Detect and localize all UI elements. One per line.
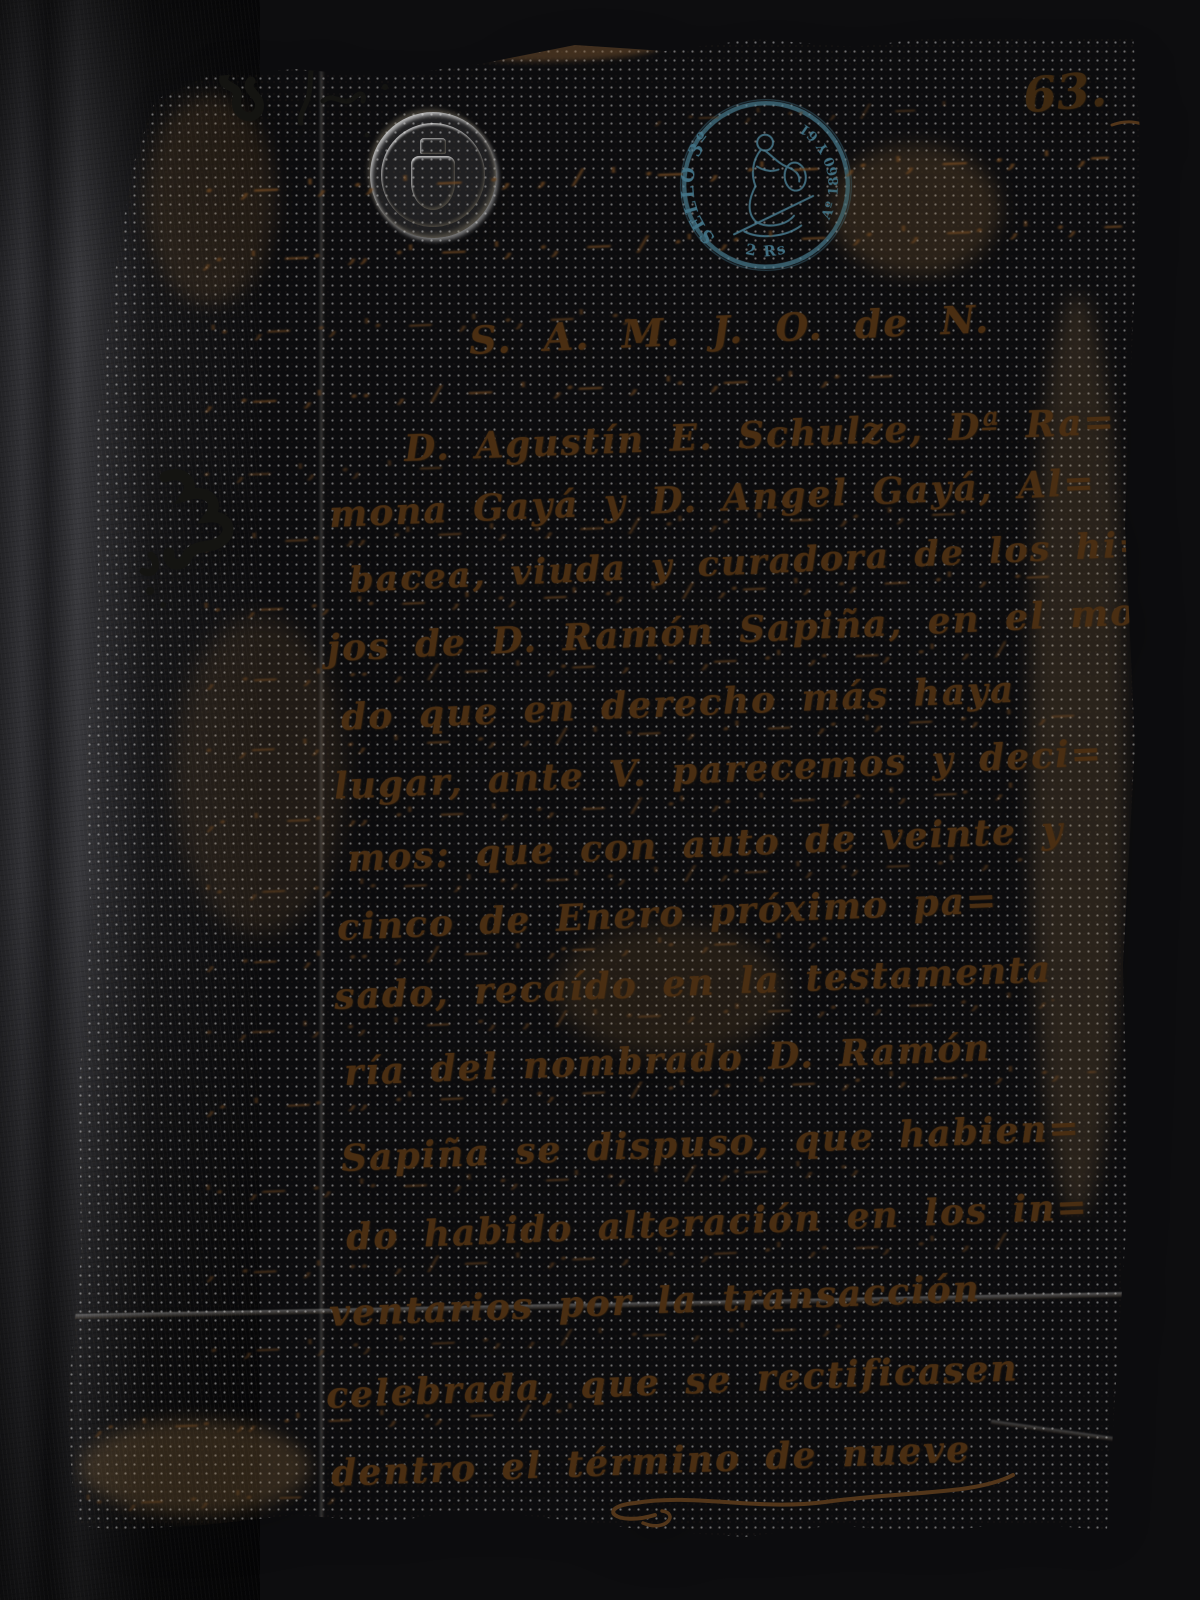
manuscript-line-15: dentro el término de nueve xyxy=(330,1428,971,1495)
folio-dash xyxy=(1112,122,1142,125)
ink-stroke-top xyxy=(300,53,317,123)
ink-blot-left-tail xyxy=(143,555,156,573)
ink-squiggle-top xyxy=(323,94,364,101)
manuscript-page-wrapper: SELLO 3º. Aº 1860 Y 61. 2 Rs 63. S. A. M… xyxy=(55,25,1150,1540)
stain-top-smear xyxy=(470,36,661,65)
ink-flourish-top-left xyxy=(212,41,260,117)
rubric-loop xyxy=(643,1511,670,1526)
ink-dot-2 xyxy=(365,133,370,138)
bleedthrough-line: ,· ' —· ,, ·' — ', ·, — / ·' ,· ' — ,· '… xyxy=(202,214,1122,273)
ink-blot-dot-2 xyxy=(160,602,166,608)
stamp-allegorical-figure xyxy=(724,130,817,240)
seal-crown-relief xyxy=(420,138,446,154)
corner-crease xyxy=(991,1420,1180,1450)
manuscript-line-1: D. Agustín E. Schulze, Dª Ra= xyxy=(403,401,1116,470)
manuscript-page: SELLO 3º. Aº 1860 Y 61. 2 Rs 63. S. A. M… xyxy=(55,25,1150,1540)
bleedthrough-line: , ·— ,' ·· , / — ' ,·— , '· ,— ·' ,· —, … xyxy=(204,363,894,415)
ink-dot-1 xyxy=(382,84,388,90)
manuscript-line-14: celebrada, que se rectificasen xyxy=(325,1347,1019,1417)
folio-number: 63. xyxy=(1021,61,1109,124)
bleedthrough-line: · ,— ', ·, ' — ·, , / ' ·— , ·' — ,· ', … xyxy=(204,144,1109,204)
ink-blot-dot-1 xyxy=(146,587,154,595)
